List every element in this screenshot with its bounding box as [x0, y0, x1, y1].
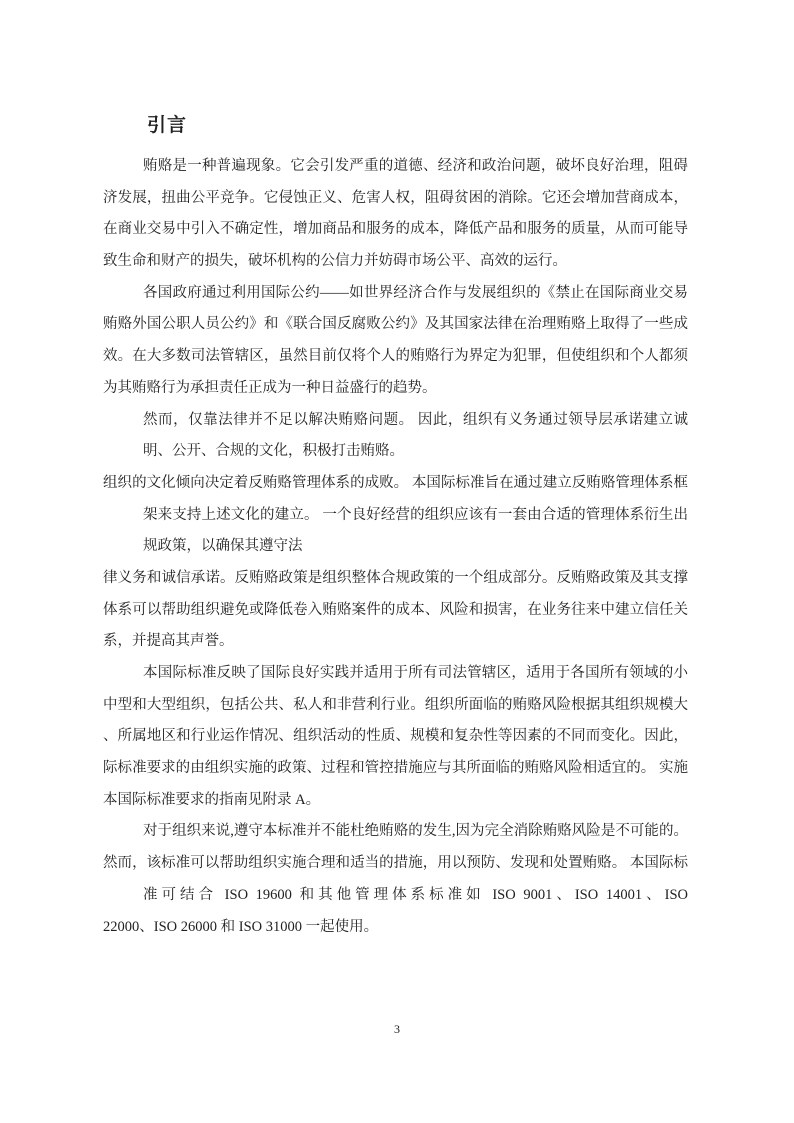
text-line: 组织的文化倾向决定着反贿赂管理体系的成败。 本国际标准旨在通过建立反贿赂管理体系…: [103, 468, 688, 500]
text-line: 本国际标准反映了国际良好实践并适用于所有司法管辖区，适用于各国所有领域的小型、: [103, 658, 688, 690]
text-line: 致生命和财产的损失，破坏机构的公信力并妨碍市场公平、高效的运行。: [103, 246, 688, 278]
text-line: 济发展，扭曲公平竞争。它侵蚀正义、危害人权，阻碍贫困的消除。它还会增加营商成本，: [103, 183, 688, 215]
text-line: 准可结合 ISO 19600 和其他管理体系标准如 ISO 9001、ISO 1…: [103, 880, 688, 912]
paragraph: 组织的文化倾向决定着反贿赂管理体系的成败。 本国际标准旨在通过建立反贿赂管理体系…: [103, 468, 688, 563]
text-line: 系，并提高其声誉。: [103, 626, 688, 658]
document-page: 引言 贿赂是一种普遍现象。它会引发严重的道德、经济和政治问题，破坏良好治理，阻碍…: [0, 0, 794, 1123]
text-line: 效。在大多数司法管辖区，虽然目前仅将个人的贿赂行为界定为犯罪，但使组织和个人都须: [103, 341, 688, 373]
text-line: 、所属地区和行业运作情况、组织活动的性质、规模和复杂性等因素的不同而变化。因此，…: [103, 721, 688, 753]
text-line: 对于组织来说,遵守本标准并不能杜绝贿赂的发生,因为完全消除贿赂风险是不可能的。: [103, 816, 688, 848]
text-line: 律义务和诚信承诺。反贿赂政策是组织整体合规政策的一个组成部分。反贿赂政策及其支撑: [103, 563, 688, 595]
paragraph: 各国政府通过利用国际公约——如世界经济合作与发展组织的《禁止在国际商业交易中贿赂…: [103, 278, 688, 405]
text-line: 然而，仅靠法律并不足以解决贿赂问题。 因此，组织有义务通过领导层承诺建立诚信、透: [103, 405, 688, 437]
paragraph: 然而，仅靠法律并不足以解决贿赂问题。 因此，组织有义务通过领导层承诺建立诚信、透…: [103, 405, 688, 468]
text-line: 际标准要求的由组织实施的政策、过程和管控措施应与其所面临的贿赂风险相适宜的。 实…: [103, 753, 688, 785]
paragraph: 律义务和诚信承诺。反贿赂政策是组织整体合规政策的一个组成部分。反贿赂政策及其支撑…: [103, 563, 688, 658]
text-line: 然而，该标准可以帮助组织实施合理和适当的措施，用以预防、发现和处置贿赂。 本国际…: [103, 848, 688, 880]
text-line: 体系可以帮助组织避免或降低卷入贿赂案件的成本、风险和损害，在业务往来中建立信任关: [103, 595, 688, 627]
section-heading: 引言: [147, 110, 187, 137]
text-line: 架来支持上述文化的建立。 一个良好经营的组织应该有一套由合适的管理体系衍生出的合: [103, 500, 688, 532]
text-line: 中型和大型组织，包括公共、私人和非营利行业。组织所面临的贿赂风险根据其组织规模大…: [103, 690, 688, 722]
text-line: 本国际标准要求的指南见附录 A。: [103, 785, 688, 817]
text-line: 贿赂是一种普遍现象。它会引发严重的道德、经济和政治问题，破坏良好治理，阻碍经: [103, 151, 688, 183]
text-line: 明、公开、合规的文化，积极打击贿赂。: [103, 436, 688, 468]
paragraph: 本国际标准反映了国际良好实践并适用于所有司法管辖区，适用于各国所有领域的小型、中…: [103, 658, 688, 816]
text-line: 贿赂外国公职人员公约》和《联合国反腐败公约》及其国家法律在治理贿赂上取得了一些成: [103, 309, 688, 341]
text-line: 在商业交易中引入不确定性，增加商品和服务的成本，降低产品和服务的质量，从而可能导: [103, 214, 688, 246]
page-number: 3: [0, 1022, 794, 1037]
paragraph: 贿赂是一种普遍现象。它会引发严重的道德、经济和政治问题，破坏良好治理，阻碍经济发…: [103, 151, 688, 278]
paragraph: 对于组织来说,遵守本标准并不能杜绝贿赂的发生,因为完全消除贿赂风险是不可能的。然…: [103, 816, 688, 943]
document-body: 贿赂是一种普遍现象。它会引发严重的道德、经济和政治问题，破坏良好治理，阻碍经济发…: [103, 151, 688, 943]
text-line: 22000、ISO 26000 和 ISO 31000 一起使用。: [103, 912, 688, 944]
text-line: 规政策，以确保其遵守法: [103, 531, 688, 563]
text-line: 各国政府通过利用国际公约——如世界经济合作与发展组织的《禁止在国际商业交易中: [103, 278, 688, 310]
text-line: 为其贿赂行为承担责任正成为一种日益盛行的趋势。: [103, 373, 688, 405]
